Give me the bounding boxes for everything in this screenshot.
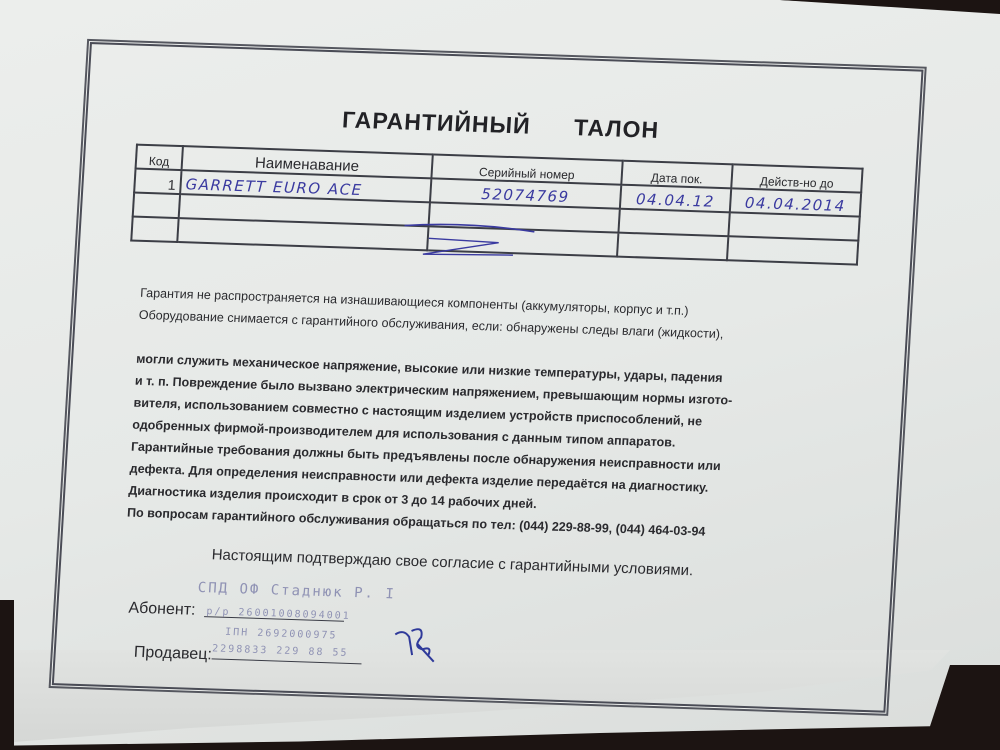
cell-code: 1 — [134, 169, 181, 194]
seller-label: Продавец: — [133, 644, 212, 665]
cell-code — [131, 217, 178, 242]
warranty-card: ГАРАНТИЙНЫЙ ТАЛОН Код Наименавание Серий… — [51, 42, 924, 719]
cell-code — [133, 193, 180, 218]
header-code: Код — [136, 145, 183, 170]
cell-purchase-date — [618, 209, 729, 237]
subscriber-label: Абонент: — [128, 600, 196, 620]
pen-strike-scribble — [398, 217, 540, 262]
photo-scene: ГАРАНТИЙНЫЙ ТАЛОН Код Наименавание Серий… — [0, 0, 1000, 750]
header-purchase-date: Дата пок. — [621, 161, 732, 189]
title-word: ГАРАНТИЙНЫЙ — [341, 106, 531, 138]
handwritten-signature — [392, 624, 444, 666]
cell-purchase-date — [617, 233, 728, 261]
title-word: ТАЛОН — [573, 114, 660, 143]
cell-purchase-date: 04.04.12 — [620, 185, 731, 213]
background-dark-area — [0, 600, 14, 750]
warranty-terms: Гарантия не распространяется на изнашива… — [126, 282, 840, 547]
cell-valid-until — [727, 236, 858, 264]
